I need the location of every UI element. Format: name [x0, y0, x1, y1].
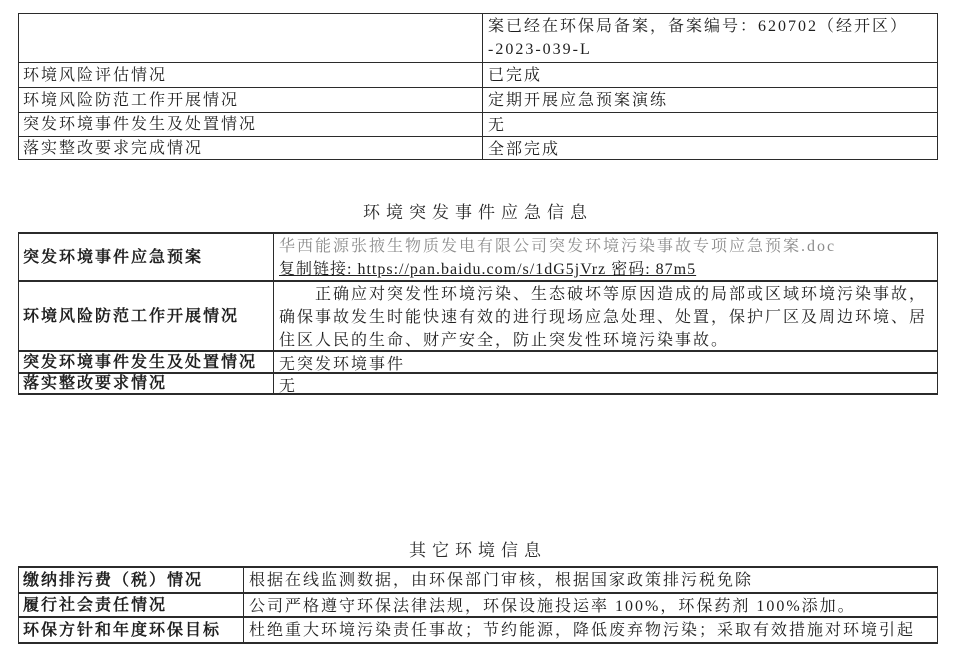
section-title-emergency: 环境突发事件应急信息: [18, 204, 938, 222]
table-row: 环境风险防范工作开展情况 正确应对突发性环境污染、生态破坏等原因造成的局部或区域…: [19, 280, 937, 350]
row-label: 履行社会责任情况: [19, 594, 244, 616]
row-value: 案已经在环保局备案，备案编号：620702（经开区） -2023-039-L: [483, 14, 937, 62]
row-label: 环保方针和年度环保目标: [19, 618, 244, 642]
row-label: 环境风险防范工作开展情况: [19, 88, 483, 112]
table-row: 突发环境事件发生及处置情况 无突发环境事件: [19, 350, 937, 372]
row-value: 无突发环境事件: [274, 352, 937, 372]
row-label: 环境风险防范工作开展情况: [19, 282, 274, 350]
value-line: 案已经在环保局备案，备案编号：620702（经开区）: [488, 15, 932, 38]
table-row: 突发环境事件发生及处置情况 无: [19, 112, 937, 136]
table-row: 环境风险评估情况 已完成: [19, 62, 937, 87]
table-row: 案已经在环保局备案，备案编号：620702（经开区） -2023-039-L: [19, 14, 937, 62]
row-value: 华西能源张掖生物质发电有限公司突发环境污染事故专项应急预案.doc 复制链接: …: [274, 234, 937, 280]
env-management-table: 案已经在环保局备案，备案编号：620702（经开区） -2023-039-L 环…: [18, 13, 938, 160]
row-label: 落实整改要求情况: [19, 374, 274, 393]
row-value: 正确应对突发性环境污染、生态破坏等原因造成的局部或区域环境污染事故，确保事故发生…: [274, 282, 937, 350]
row-value: 根据在线监测数据，由环保部门审核，根据国家政策排污税免除: [244, 568, 937, 592]
row-label: 落实整改要求完成情况: [19, 137, 483, 159]
table-row: 缴纳排污费（税）情况 根据在线监测数据，由环保部门审核，根据国家政策排污税免除: [19, 568, 937, 592]
row-label: 突发环境事件发生及处置情况: [19, 352, 274, 372]
table-row: 落实整改要求情况 无: [19, 372, 937, 393]
table-row: 履行社会责任情况 公司严格遵守环保法律法规，环保设施投运率 100%，环保药剂 …: [19, 592, 937, 616]
emergency-plan-doc-name: 华西能源张掖生物质发电有限公司突发环境污染事故专项应急预案.doc: [279, 235, 932, 258]
table-row: 突发环境事件应急预案 华西能源张掖生物质发电有限公司突发环境污染事故专项应急预案…: [19, 234, 937, 280]
row-value: 无: [483, 113, 937, 136]
row-label: [19, 14, 483, 62]
baidu-pan-link[interactable]: 复制链接: https://pan.baidu.com/s/1dG5jVrz 密…: [279, 258, 932, 281]
row-label: 缴纳排污费（税）情况: [19, 568, 244, 592]
section-title-other: 其它环境信息: [18, 542, 938, 560]
table-row: 环境风险防范工作开展情况 定期开展应急预案演练: [19, 87, 937, 112]
row-label: 突发环境事件应急预案: [19, 234, 274, 280]
document-page: 案已经在环保局备案，备案编号：620702（经开区） -2023-039-L 环…: [0, 0, 960, 650]
row-label: 环境风险评估情况: [19, 63, 483, 87]
table-row: 环保方针和年度环保目标 杜绝重大环境污染责任事故；节约能源，降低废弃物污染；采取…: [19, 616, 937, 642]
row-value: 已完成: [483, 63, 937, 87]
row-value: 定期开展应急预案演练: [483, 88, 937, 112]
row-value: 全部完成: [483, 137, 937, 159]
row-label: 突发环境事件发生及处置情况: [19, 113, 483, 136]
table-row: 落实整改要求完成情况 全部完成: [19, 136, 937, 159]
other-info-table: 缴纳排污费（税）情况 根据在线监测数据，由环保部门审核，根据国家政策排污税免除 …: [18, 566, 938, 644]
row-value: 杜绝重大环境污染责任事故；节约能源，降低废弃物污染；采取有效措施对环境引起: [244, 618, 937, 642]
row-value: 公司严格遵守环保法律法规，环保设施投运率 100%，环保药剂 100%添加。: [244, 594, 937, 616]
row-value: 无: [274, 374, 937, 393]
emergency-info-table: 突发环境事件应急预案 华西能源张掖生物质发电有限公司突发环境污染事故专项应急预案…: [18, 232, 938, 395]
value-line: -2023-039-L: [488, 38, 932, 61]
